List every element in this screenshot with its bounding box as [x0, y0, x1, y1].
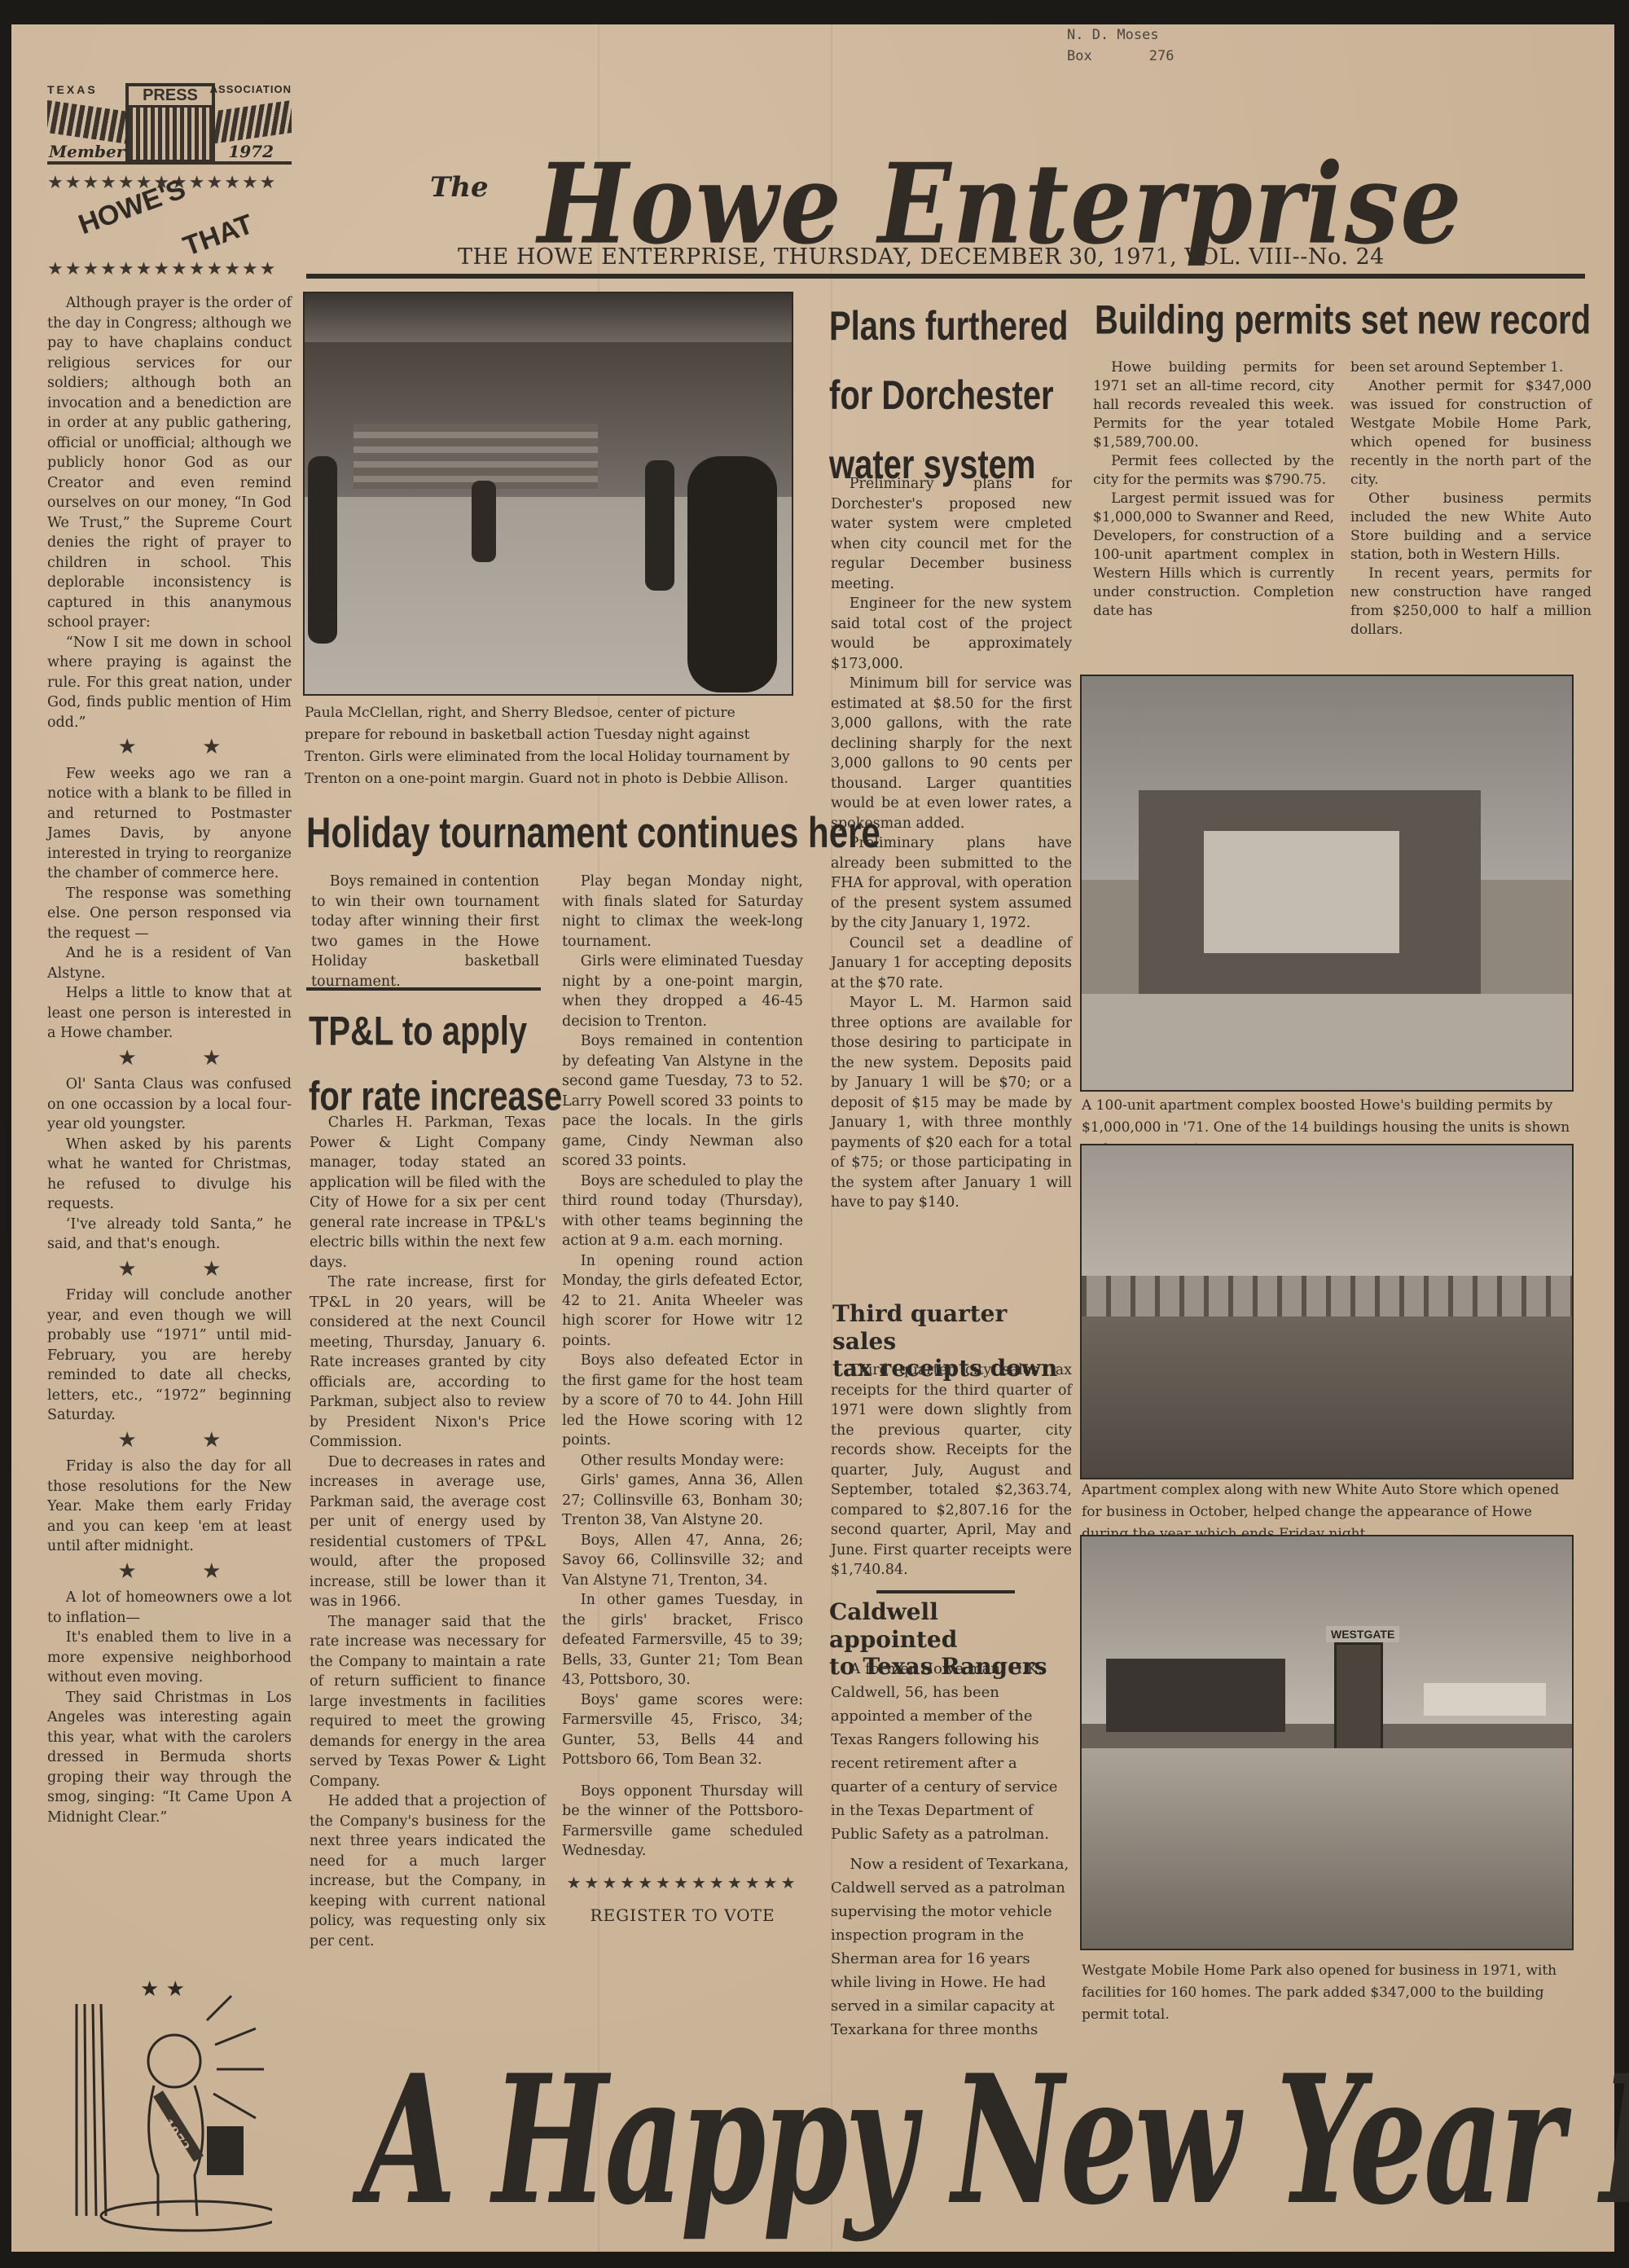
sales-tax-article: Third quarter city sales tax receipts fo… — [831, 1360, 1072, 1580]
permits-col1: Howe building permits for 1971 set an al… — [1093, 358, 1334, 621]
headline-holiday-tournament: Holiday tournament continues here — [306, 807, 880, 860]
star-divider: ★ ★ — [77, 1048, 292, 1069]
westgate-photo-caption: Westgate Mobile Home Park also opened fo… — [1082, 1960, 1575, 2026]
white-auto-store-photo — [1080, 1144, 1574, 1479]
star-divider: ★ ★ — [77, 1431, 292, 1451]
dorchester-article: Preliminary plans for Dorchester's propo… — [831, 474, 1072, 1213]
section-rule — [306, 987, 541, 991]
svg-text:★ ★: ★ ★ — [140, 1977, 185, 2002]
section-rule — [876, 1590, 1015, 1593]
star-divider: ★★★★★★★★★★★★★ — [562, 1873, 803, 1893]
headline-dorchester: Plans furthered for Dorchester water sys… — [829, 292, 1068, 499]
star-divider: ★ ★ — [77, 1562, 292, 1582]
caldwell-article: A former Howe man, H.K. Caldwell, 56, ha… — [831, 1657, 1072, 2042]
headline-tpl: TP&L to apply for rate increase — [309, 999, 562, 1129]
baby-new-year-icon: ★ ★ 1972 — [68, 1971, 272, 2232]
star-divider: ★ ★ — [77, 737, 292, 758]
star-divider: ★ ★ — [77, 1259, 292, 1280]
westgate-sign: WESTGATE — [1326, 1626, 1399, 1642]
dateline: THE HOWE ENTERPRISE, THURSDAY, DECEMBER … — [458, 244, 1385, 270]
howes-that-column: Although prayer is the order of the day … — [47, 293, 292, 1827]
star-divider: ★★★★★★★★★★★★★ — [47, 259, 277, 279]
register-to-vote: REGISTER TO VOTE — [562, 1905, 803, 1926]
press-association-badge: PRESS TEXAS ASSOCIATION Member 1972 — [47, 83, 292, 165]
newspaper-page: N. D. Moses Box276 PRESS TEXAS ASSOCIATI… — [11, 24, 1614, 2252]
headline-building-permits: Building permits set new record — [1095, 295, 1591, 346]
basketball-photo — [303, 292, 793, 696]
apartment-construction-photo — [1080, 675, 1574, 1092]
tpl-article: Charles H. Parkman, Texas Power & Light … — [310, 1113, 546, 1951]
basketball-photo-caption: Paula McClellan, right, and Sherry Bleds… — [305, 702, 793, 790]
permits-col2: been set around September 1. Another per… — [1350, 358, 1592, 640]
address-stamp: N. D. Moses Box276 — [1067, 24, 1174, 67]
holiday-intro: Boys remained in contention to win their… — [311, 872, 539, 991]
column-title-that: THAT — [179, 209, 257, 263]
holiday-article: Play began Monday night, with finals sla… — [562, 872, 803, 1926]
westgate-mobile-home-park-photo: WESTGATE — [1080, 1535, 1574, 1950]
happy-new-year-banner: A Happy New Year For All in '72 — [362, 2037, 1629, 2244]
masthead-the: The — [430, 171, 489, 204]
masthead-rule — [306, 274, 1585, 279]
